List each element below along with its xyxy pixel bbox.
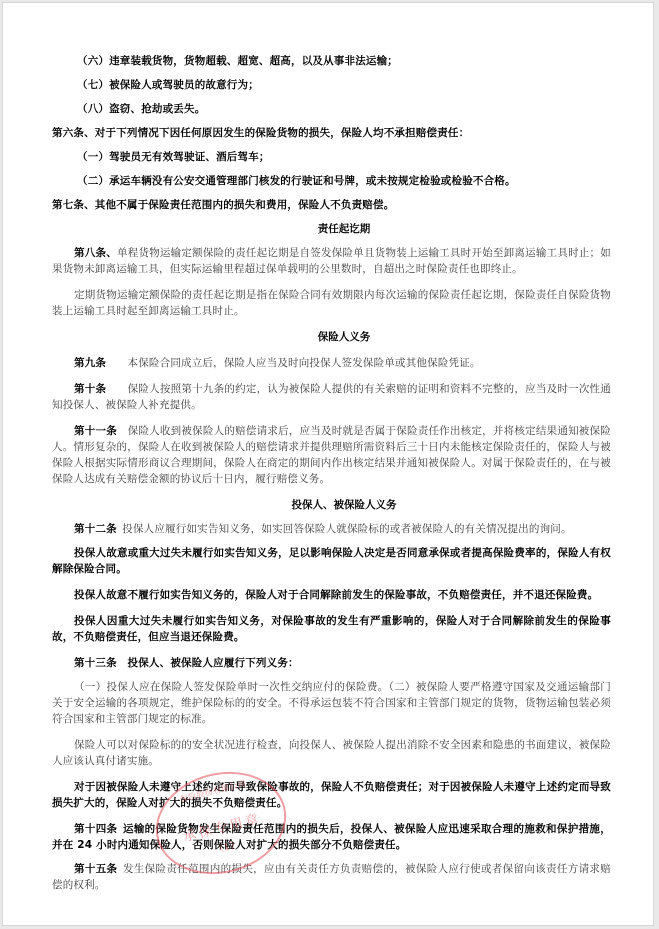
article-12-label: 第十二条 bbox=[74, 523, 117, 535]
article-13: 第十三条 投保人、被保险人应履行下列义务： bbox=[52, 655, 611, 671]
item-seven: （七）被保险人或驾驶员的故意行为； bbox=[77, 77, 611, 93]
disclosure-para-2: 投保人故意不履行如实告知义务的，保险人对于合同解除前发生的保险事故，不负赔偿责任… bbox=[52, 587, 611, 603]
article-14: 第十四条 运输的保险货物发生保险责任范围内的损失后，投保人、被保险人应迅速采取合… bbox=[52, 821, 611, 853]
article-8: 第八条、单程货物运输定额保险的责任起讫期是自签发保险单且货物装上运输工具时开始至… bbox=[52, 245, 611, 277]
liability-period-para-2: 定期货物运输定额保险的责任起讫期是指在保险合同有效期限内每次运输的保险责任起讫期… bbox=[52, 287, 611, 319]
article-11-label: 第十一条 bbox=[74, 425, 117, 437]
section-heading-policyholder-duties: 投保人、被保险人义务 bbox=[77, 497, 611, 513]
article-10: 第十条 保险人按照第十九条的约定，认为被保险人提供的有关索赔的证明和资料不完整的… bbox=[52, 381, 611, 413]
article-14-label: 第十四条 bbox=[74, 823, 117, 835]
article-11-text: 保险人收到被保险人的赔偿请求后，应当及时就是否属于保险责任作出核定，并将核定结果… bbox=[52, 425, 611, 485]
article-10-text: 保险人按照第十九条的约定，认为被保险人提供的有关索赔的证明和资料不完整的，应当及… bbox=[52, 383, 611, 411]
disclosure-para-3: 投保人因重大过失未履行如实告知义务，对保险事故的发生有严重影响的，保险人对于合同… bbox=[52, 613, 611, 645]
document-content: （六）违章装载货物，货物超载、超宽、超高，以及从事非法运输； （七）被保险人或驾… bbox=[77, 53, 611, 893]
article-14-text: 运输的保险货物发生保险责任范围内的损失后，投保人、被保险人应迅速采取合理的施救和… bbox=[52, 823, 611, 851]
section-heading-insurer-duties: 保险人义务 bbox=[77, 329, 611, 345]
article-9: 第九条 本保险合同成立后，保险人应当及时向投保人签发保险单或其他保险凭证。 bbox=[52, 355, 611, 371]
article-6: 第六条、对于下列情况下因任何原因发生的保险货物的损失，保险人均不承担赔偿责任： bbox=[52, 125, 611, 141]
article-12-text: 投保人应履行如实告知义务，如实回答保险人就保险标的或者被保险人的有关情况提出的询… bbox=[122, 523, 571, 535]
article-13-para-1: （一）投保人应在保险人签发保险单时一次性交纳应付的保险费。（二）被保险人要严格遵… bbox=[52, 679, 611, 727]
article-11: 第十一条 保险人收到被保险人的赔偿请求后，应当及时就是否属于保险责任作出核定，并… bbox=[52, 423, 611, 487]
article-12: 第十二条 投保人应履行如实告知义务，如实回答保险人就保险标的或者被保险人的有关情… bbox=[52, 521, 611, 537]
article-13-label: 第十三条 bbox=[74, 657, 117, 669]
disclosure-para-1: 投保人故意或重大过失未履行如实告知义务，足以影响保险人决定是否同意承保或者提高保… bbox=[52, 545, 611, 577]
article-15-text: 发生保险责任范围内的损失，应由有关责任方负责赔偿的，被保险人应行使或者保留向该责… bbox=[52, 863, 611, 891]
compliance-para: 对于因被保险人未遵守上述约定而导致保险事故的，保险人不负赔偿责任；对于因被保险人… bbox=[52, 779, 611, 811]
section-heading-liability-period: 责任起讫期 bbox=[77, 221, 611, 237]
article-9-text: 本保险合同成立后，保险人应当及时向投保人签发保险单或其他保险凭证。 bbox=[128, 357, 481, 369]
item-eight: （八）盗窃、抢劫或丢失。 bbox=[77, 101, 611, 117]
article-15: 第十五条 发生保险责任范围内的损失，应由有关责任方负责赔偿的，被保险人应行使或者… bbox=[52, 861, 611, 893]
article-13-para-2: 保险人可以对保险标的的安全状况进行检查，向投保人、被保险人提出消除不安全因素和隐… bbox=[52, 737, 611, 769]
document-page: （六）违章装载货物，货物超载、超宽、超高，以及从事非法运输； （七）被保险人或驾… bbox=[2, 2, 654, 926]
article-6-item-1: （一）驾驶员无有效驾驶证、酒后驾车； bbox=[77, 149, 611, 165]
article-6-item-2: （二）承运车辆没有公安交通管理部门核发的行驶证和号牌，或未按规定检验或检验不合格… bbox=[77, 173, 611, 189]
article-13-text: 投保人、被保险人应履行下列义务： bbox=[128, 657, 299, 669]
article-9-label: 第九条 bbox=[74, 357, 106, 369]
article-7: 第七条、其他不属于保险责任范围内的损失和费用，保险人不负责赔偿。 bbox=[52, 197, 611, 213]
item-six: （六）违章装载货物，货物超载、超宽、超高，以及从事非法运输； bbox=[77, 53, 611, 69]
article-15-label: 第十五条 bbox=[74, 863, 117, 875]
article-8-text: 单程货物运输定额保险的责任起讫期是自签发保险单且货物装上运输工具时开始至卸离运输… bbox=[52, 247, 611, 275]
article-10-label: 第十条 bbox=[74, 383, 106, 395]
article-8-label: 第八条、 bbox=[74, 247, 117, 259]
